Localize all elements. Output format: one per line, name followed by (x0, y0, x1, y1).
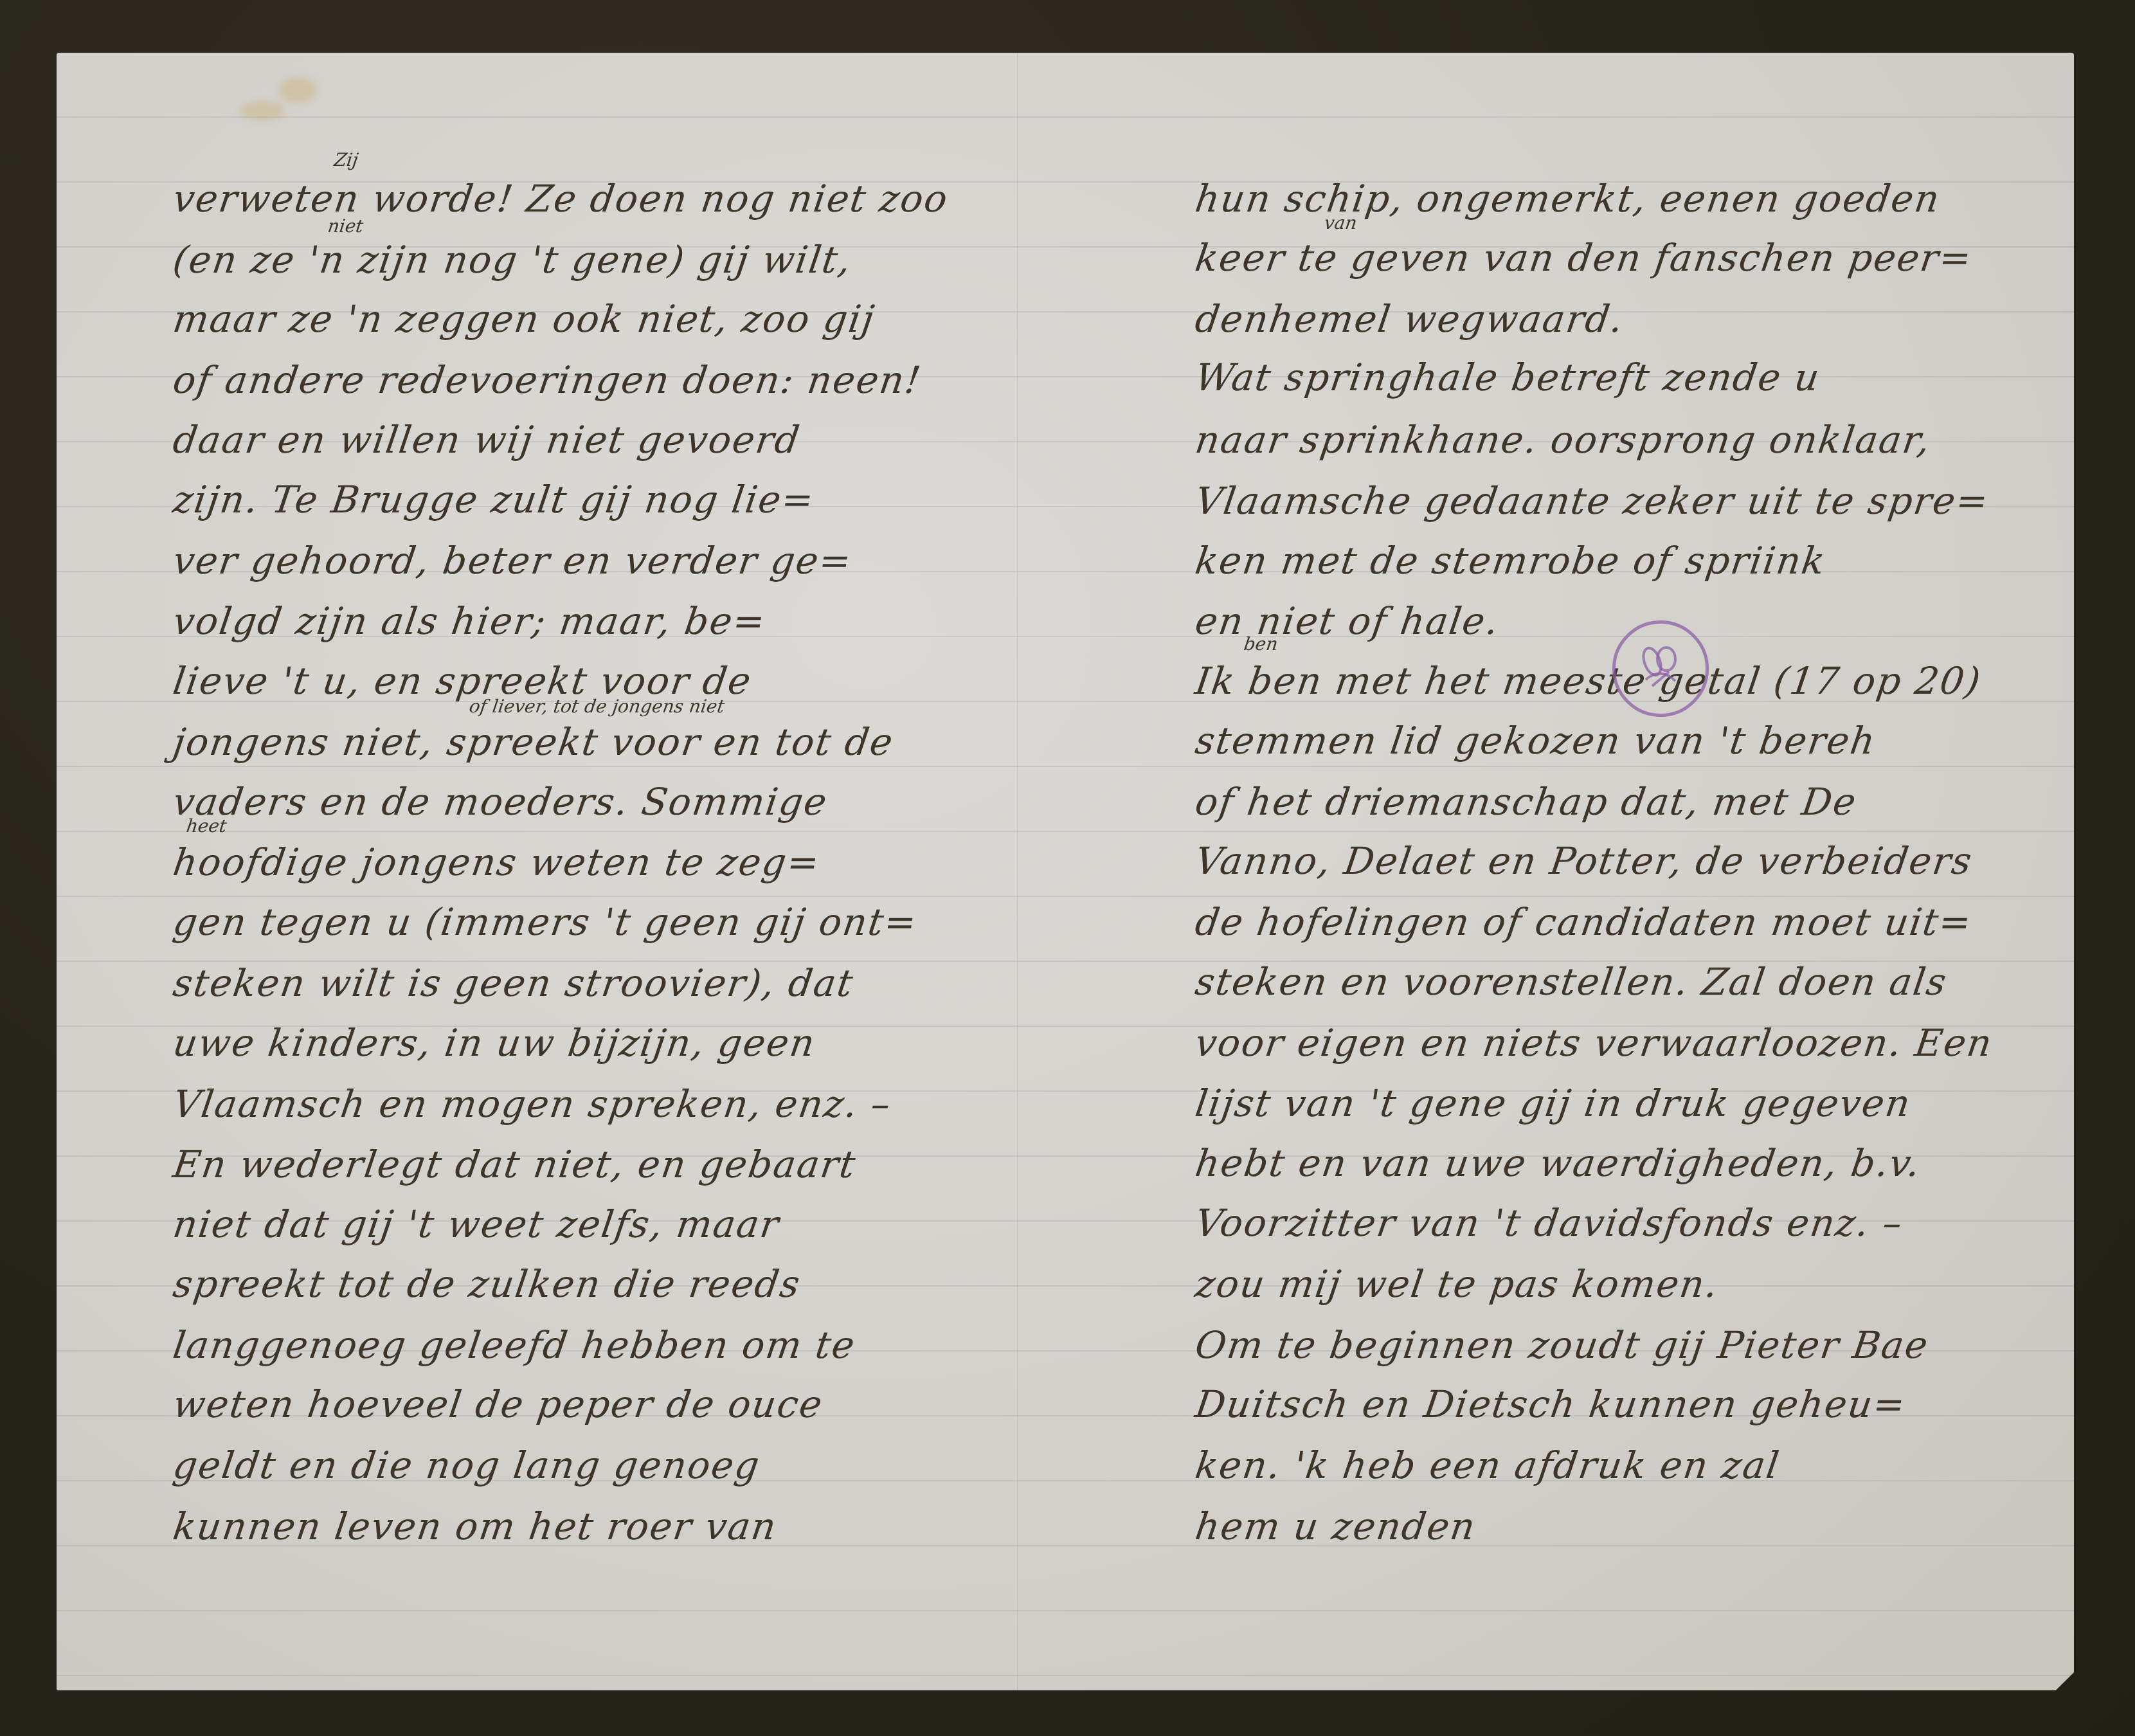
interlinear-insertion: niet (327, 215, 365, 237)
handwritten-line: steken en voorenstellen. Zal doen als (1193, 960, 1950, 1004)
handwritten-line: of het driemanschap dat, met De (1193, 780, 1860, 824)
handwritten-line: Vanno, Delaet en Potter, de verbeiders (1193, 839, 1976, 883)
interlinear-insertion: ben (1243, 633, 1279, 655)
handwritten-line: uwe kinders, in uw bijzijn, geen (170, 1021, 818, 1065)
handwritten-line: Duitsch en Dietsch kunnen geheu= (1193, 1382, 1909, 1426)
paper-stain (278, 77, 317, 103)
handwritten-line: (en ze 'n zijn nog 't gene) gij wilt, (170, 238, 855, 282)
handwritten-line: of andere redevoeringen doen: neen! (170, 358, 924, 402)
handwritten-line: ken. 'k heb een afdruk en zal (1193, 1443, 1783, 1487)
handwritten-line: spreekt tot de zulken die reeds (170, 1262, 804, 1306)
handwritten-line: keer te geven van den fanschen peer= (1193, 236, 1976, 280)
handwritten-line: ver gehoord, beter en verder ge= (170, 539, 855, 583)
handwritten-line: voor eigen en niets verwaarloozen. Een (1193, 1021, 1995, 1065)
handwritten-line: en niet of hale. (1193, 599, 1502, 643)
handwritten-line: hun schip, ongemerkt, eenen goeden (1193, 177, 1943, 221)
handwritten-line: geldt en die nog lang genoeg (170, 1443, 763, 1487)
handwritten-line: zou mij wel te pas komen. (1193, 1262, 1722, 1306)
handwritten-line: weten hoeveel de peper de ouce (170, 1382, 826, 1426)
paper-stain (240, 101, 285, 120)
handwritten-line: denhemel wegwaard. (1193, 297, 1627, 341)
handwritten-line: volgd zijn als hier; maar, be= (170, 599, 769, 643)
archive-stamp (1612, 620, 1709, 717)
handwritten-line: verweten worde! Ze doen nog niet zoo (170, 177, 951, 221)
handwritten-line: zijn. Te Brugge zult gij nog lie= (170, 478, 818, 521)
handwritten-line: jongens niet, spreekt voor en tot de (170, 720, 897, 764)
handwritten-line: daar en willen wij niet gevoerd (170, 418, 803, 462)
handwritten-line: maar ze 'n zeggen ook niet, zoo gij (170, 297, 878, 341)
handwritten-line: langgenoeg geleefd hebben om te (170, 1323, 859, 1367)
handwritten-line: ken met de stemrobe of spriink (1193, 539, 1829, 583)
interlinear-insertion: heet (185, 815, 228, 836)
handwritten-line: hoofdige jongens weten te zeg= (170, 840, 823, 884)
handwritten-line: gen tegen u (immers 't geen gij ont= (170, 900, 920, 944)
handwritten-line: Ik ben met het meeste getal (17 op 20) (1193, 659, 1984, 703)
handwritten-line: lijst van 't gene gij in druk gegeven (1193, 1081, 1914, 1125)
handwritten-line: vaders en de moeders. Sommige (170, 780, 831, 824)
handwritten-line: hem u zenden (1193, 1505, 1479, 1548)
interlinear-insertion: of liever, tot de jongens niet (468, 696, 726, 717)
handwritten-line: steken wilt is geen stroovier), dat (170, 961, 857, 1005)
handwritten-line: Om te beginnen zoudt gij Pieter Bae (1193, 1323, 1932, 1367)
handwritten-line: Voorzitter van 't davidsfonds enz. – (1193, 1201, 1906, 1245)
handwritten-line: Vlaamsche gedaante zeker uit te spre= (1193, 479, 1992, 523)
handwritten-line: Vlaamsch en mogen spreken, enz. – (170, 1082, 894, 1126)
handwritten-line: de hofelingen of candidaten moet uit= (1193, 900, 1975, 944)
interlinear-insertion: van (1323, 212, 1358, 233)
handwritten-line: kunnen leven om het roer van (170, 1505, 780, 1548)
handwritten-line: naar sprinkhane. oorsprong onklaar, (1193, 418, 1934, 462)
handwritten-line: En wederlegt dat niet, en gebaart (170, 1143, 859, 1186)
handwritten-line: Wat springhale betreft zende u (1193, 356, 1823, 399)
stamp-monogram-icon (1633, 641, 1688, 696)
handwritten-line: niet dat gij 't weet zelfs, maar (170, 1202, 782, 1246)
center-fold (1016, 53, 1018, 1690)
interlinear-insertion: Zij (333, 149, 360, 170)
handwritten-line: hebt en van uwe waerdigheden, b.v. (1193, 1141, 1923, 1185)
handwritten-line: stemmen lid gekozen van 't bereh (1193, 719, 1879, 763)
